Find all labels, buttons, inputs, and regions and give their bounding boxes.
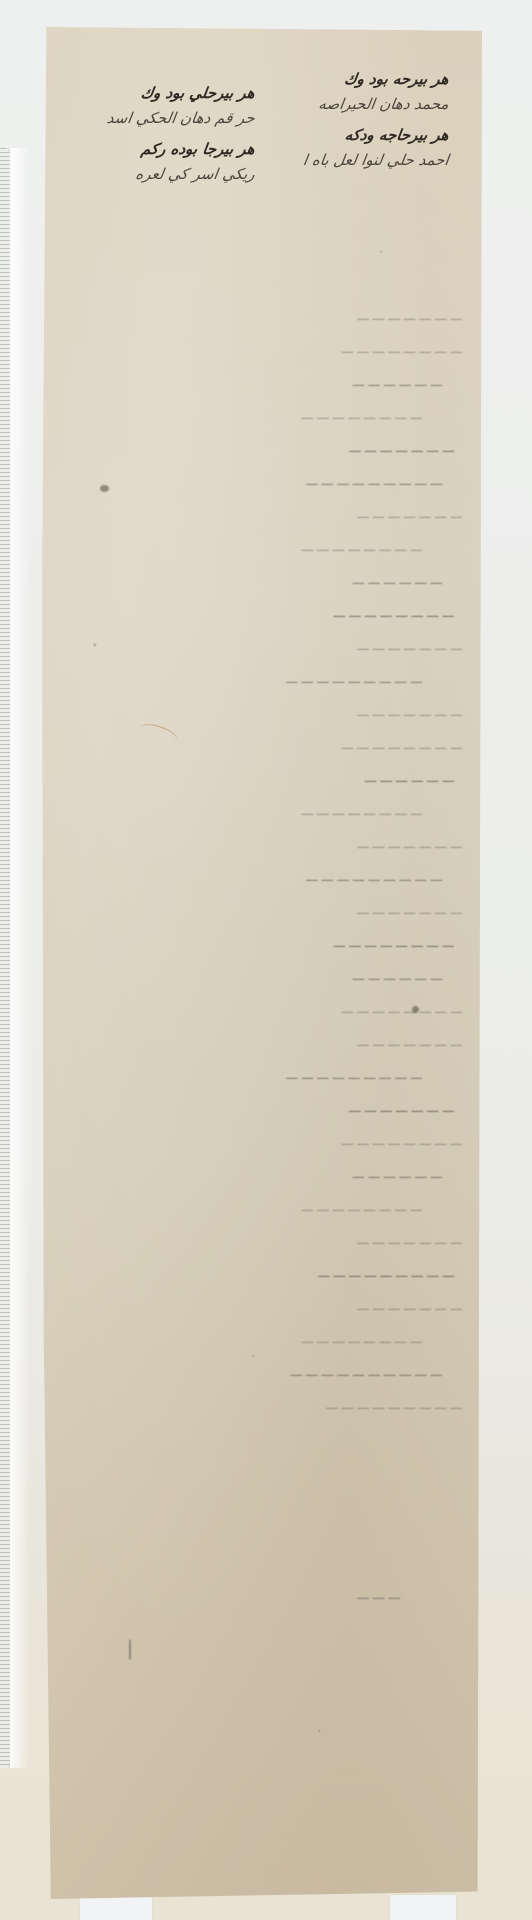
body-line: ـــ ـــ ـــ ـــ ـــ ـــ bbox=[52, 366, 462, 399]
mounting-tab-left bbox=[80, 1895, 152, 1920]
body-line: ـــ ـــ ـــ ـــ ـــ ـــ ـــ ـــ ـــ bbox=[52, 861, 462, 894]
body-line: ـــ ـــ ـــ ـــ ـــ ـــ ـــ ـــ ـــ bbox=[52, 1389, 462, 1422]
body-line: ـــ ـــ ـــ ـــ ـــ ـــ ـــ bbox=[52, 1092, 462, 1125]
body-line: ـــ ـــ ـــ ـــ ـــ ـــ ـــ bbox=[52, 1224, 462, 1257]
body-line: ـــ ـــ ـــ ـــ ـــ ـــ ـــ ـــ bbox=[52, 597, 462, 630]
body-line: ـــ ـــ ـــ ـــ ـــ ـــ ـــ ـــ bbox=[52, 927, 462, 960]
header-left-column: هر بيرحلي بود وك حر قم دهان الحكي اسد هر… bbox=[78, 86, 254, 192]
header-right-line: محمد دهان الحيراصه bbox=[266, 97, 450, 122]
body-line: ـــ ـــ ـــ ـــ ـــ ـــ bbox=[52, 762, 462, 795]
ruler-shadow bbox=[10, 148, 30, 1768]
mounting-tab-right bbox=[390, 1895, 456, 1920]
body-line: ـــ ـــ ـــ ـــ ـــ ـــ ـــ ـــ bbox=[52, 993, 462, 1026]
body-line: ـــ ـــ ـــ ـــ ـــ ـــ ـــ bbox=[52, 696, 462, 729]
header-left-line: حر قم دهان الحكي اسد bbox=[76, 111, 256, 136]
footer-scribble: ـــ ـــ ـــ bbox=[70, 1588, 400, 1603]
body-line: ـــ ـــ ـــ ـــ ـــ ـــ ـــ bbox=[52, 828, 462, 861]
body-line: ـــ ـــ ـــ ـــ ـــ ـــ ـــ ـــ bbox=[52, 399, 462, 432]
header-left-line: هر بيرحلي بود وك bbox=[76, 86, 256, 111]
header-right-column: هر بيرحه بود وك محمد دهان الحيراصه هر بي… bbox=[268, 72, 448, 178]
body-line: ـــ ـــ ـــ ـــ ـــ ـــ ـــ bbox=[52, 498, 462, 531]
body-line: ـــ ـــ ـــ ـــ ـــ ـــ ـــ bbox=[52, 1290, 462, 1323]
body-line: ـــ ـــ ـــ ـــ ـــ ـــ ـــ ـــ bbox=[52, 729, 462, 762]
body-line: ـــ ـــ ـــ ـــ ـــ ـــ ـــ bbox=[52, 300, 462, 333]
faded-body-text: ـــ ـــ ـــ ـــ ـــ ـــ ـــ ـــ ـــ ـــ … bbox=[52, 300, 462, 1422]
body-line: ـــ ـــ ـــ ـــ ـــ ـــ bbox=[52, 960, 462, 993]
header-right-line: هر بيرحه بود وك bbox=[266, 72, 450, 97]
body-line: ـــ ـــ ـــ ـــ ـــ ـــ ـــ ـــ ـــ bbox=[52, 465, 462, 498]
header-left-line: ريكي اسر كي لعره bbox=[76, 167, 256, 192]
body-line: ـــ ـــ ـــ ـــ ـــ ـــ ـــ ـــ bbox=[52, 795, 462, 828]
footer-mark: ـــ bbox=[88, 1640, 148, 1760]
header-right-line: هر بيرحاجه ودكه bbox=[266, 128, 450, 153]
body-line: ـــ ـــ ـــ ـــ ـــ ـــ ـــ bbox=[52, 630, 462, 663]
body-line: ـــ ـــ ـــ ـــ ـــ ـــ ـــ bbox=[52, 894, 462, 927]
body-line: ـــ ـــ ـــ ـــ ـــ ـــ ـــ ـــ ـــ bbox=[52, 1059, 462, 1092]
body-line: ـــ ـــ ـــ ـــ ـــ ـــ ـــ ـــ ـــ bbox=[52, 1257, 462, 1290]
body-line: ـــ ـــ ـــ ـــ ـــ ـــ ـــ bbox=[52, 432, 462, 465]
body-line: ـــ ـــ ـــ ـــ ـــ ـــ ـــ ـــ bbox=[52, 1191, 462, 1224]
body-line: ـــ ـــ ـــ ـــ ـــ ـــ ـــ ـــ bbox=[52, 531, 462, 564]
body-line: ـــ ـــ ـــ ـــ ـــ ـــ ـــ ـــ ـــ ـــ bbox=[52, 1356, 462, 1389]
header-left-line: هر بيرجا بوده ركم bbox=[76, 142, 256, 167]
body-line: ـــ ـــ ـــ ـــ ـــ ـــ ـــ ـــ ـــ bbox=[52, 663, 462, 696]
body-line: ـــ ـــ ـــ ـــ ـــ ـــ ـــ bbox=[52, 1026, 462, 1059]
body-line: ـــ ـــ ـــ ـــ ـــ ـــ bbox=[52, 1158, 462, 1191]
body-line: ـــ ـــ ـــ ـــ ـــ ـــ ـــ ـــ bbox=[52, 1323, 462, 1356]
body-line: ـــ ـــ ـــ ـــ ـــ ـــ ـــ ـــ bbox=[52, 333, 462, 366]
body-line: ـــ ـــ ـــ ـــ ـــ ـــ ـــ ـــ bbox=[52, 1125, 462, 1158]
header-right-line: احمد حلي لنوا لعل باه ا bbox=[266, 153, 450, 178]
body-line: ـــ ـــ ـــ ـــ ـــ ـــ bbox=[52, 564, 462, 597]
